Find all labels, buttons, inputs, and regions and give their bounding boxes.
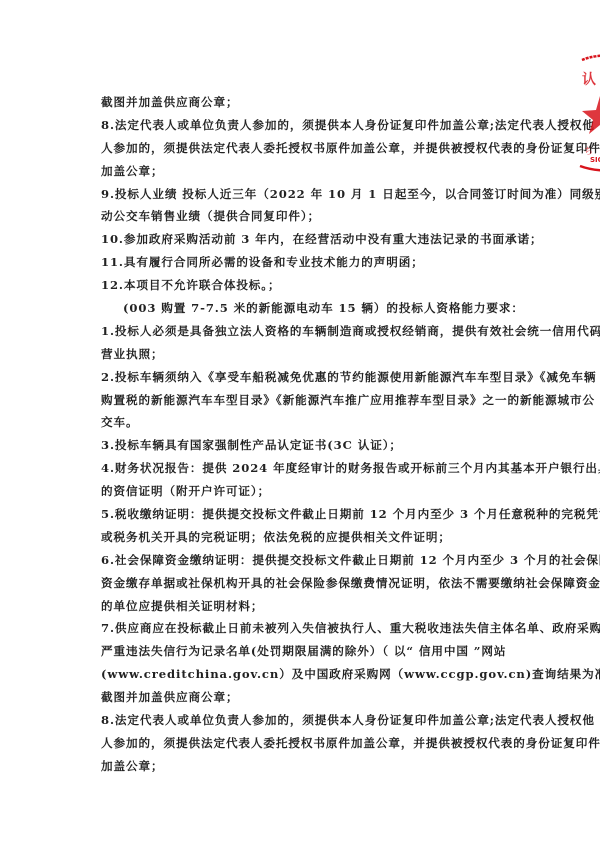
text-line: 截图并加盖供应商公章； [101,686,513,709]
star-icon [582,96,600,134]
text-line: 8.法定代表人或单位负责人参加的，须提供本人身份证复印件加盖公章;法定代表人授权… [101,709,513,732]
text-line: 4.财务状况报告：提供 2024 年度经审计的财务报告或开标前三个月内其基本开户… [101,457,513,480]
text-line: 11.具有履行合同所必需的设备和专业技术能力的声明函； [101,251,513,274]
text-line: 加盖公章； [101,160,513,183]
seal-icon: 认 ち SIC [578,54,600,174]
text-line: 1.投标人必须是具备独立法人资格的车辆制造商或授权经销商，提供有效社会统一信用代… [101,320,513,343]
text-line: 3.投标车辆具有国家强制性产品认定证书(3C 认证）； [101,434,513,457]
text-line: 的单位应提供相关证明材料； [101,595,513,618]
text-line: 5.税收缴纳证明：提供提交投标文件截止日期前 12 个月内至少 3 个月任意税种… [101,503,513,526]
text-line: 7.供应商应在投标截止日前未被列入失信被执行人、重大税收违法失信主体名单、政府采… [101,617,513,640]
text-line: 6.社会保障资金缴纳证明：提供提交投标文件截止日期前 12 个月内至少 3 个月… [101,549,513,572]
text-line: 人参加的，须提供法定代表人委托授权书原件加盖公章，并提供被授权代表的身份证复印件 [101,732,513,755]
text-line: 截图并加盖供应商公章； [101,91,513,114]
text-line: 营业执照； [101,343,513,366]
text-line: (www.creditchina.gov.cn）及中国政府采购网（www.ccg… [101,663,513,686]
company-seal-stamp: 认 ち SIC [578,54,600,174]
text-line: 人参加的，须提供法定代表人委托授权书原件加盖公章，并提供被授权代表的身份证复印件 [101,137,513,160]
text-line: 2.投标车辆须纳入《享受车船税减免优惠的节约能源使用新能源汽车车型目录》《减免车… [101,366,513,389]
section-heading: (003 购置 7-7.5 米的新能源电动车 15 辆）的投标人资格能力要求： [101,297,513,320]
text-line: 资金缴存单据或社保机构开具的社会保险参保缴费情况证明，依法不需要缴纳社会保障资金 [101,572,513,595]
text-line: 或税务机关开具的完税证明；依法免税的应提供相关文件证明； [101,526,513,549]
text-line: 购置税的新能源汽车车型目录》《新能源汽车推广应用推荐车型目录》之一的新能源城市公 [101,389,513,412]
text-line: 的资信证明（附开户许可证）； [101,480,513,503]
svg-text:SIC: SIC [590,156,600,164]
text-line: 交车。 [101,411,513,434]
text-line: 加盖公章； [101,755,513,778]
document-body: 截图并加盖供应商公章； 8.法定代表人或单位负责人参加的，须提供本人身份证复印件… [101,91,513,778]
svg-text:认: 认 [582,71,596,88]
text-line: 动公交车销售业绩（提供合同复印件）； [101,205,513,228]
text-line: 10.参加政府采购活动前 3 年内，在经营活动中没有重大违法记录的书面承诺； [101,228,513,251]
text-line: 8.法定代表人或单位负责人参加的，须提供本人身份证复印件加盖公章;法定代表人授权… [101,114,513,137]
text-line: 9.投标人业绩 投标人近三年（2022 年 10 月 1 日起至今，以合同签订时… [101,183,513,206]
document-page: 截图并加盖供应商公章； 8.法定代表人或单位负责人参加的，须提供本人身份证复印件… [0,0,600,849]
text-line: 12.本项目不允许联合体投标。； [101,274,513,297]
text-line: 严重违法失信行为记录名单(处罚期限届满的除外）（ 以“ 信用中国 ”网站 [101,640,513,663]
